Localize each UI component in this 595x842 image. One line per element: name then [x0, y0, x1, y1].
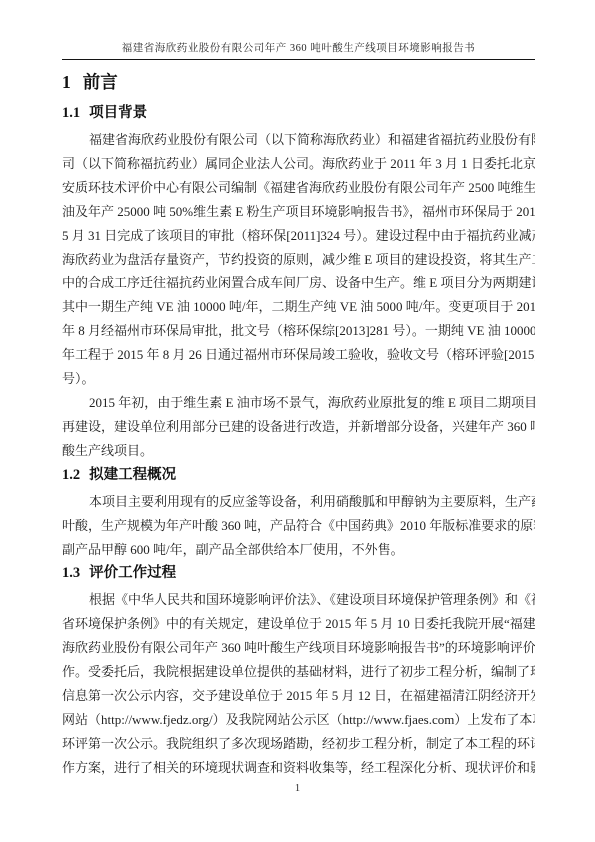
text-line: 再建设，建设单位利用部分已建的设备进行改造，并新增部分设备，兴建年产 360 吨… [62, 415, 535, 439]
section-title: 项目背景 [89, 105, 147, 121]
page-footer: 1 [0, 778, 595, 796]
text-line: 油及年产 25000 吨 50%维生素 E 粉生产项目环境影响报告书》，福州市环… [62, 200, 535, 224]
text-line: 司（以下简称福抗药业）属同企业法人公司。海欣药业于 2011 年 3 月 1 日… [62, 152, 535, 176]
chapter-heading: 1前言 [62, 70, 535, 94]
document-content: 1前言 1.1项目背景福建省海欣药业股份有限公司（以下简称海欣药业）和福建省福抗… [62, 64, 535, 780]
sections-container: 1.1项目背景福建省海欣药业股份有限公司（以下简称海欣药业）和福建省福抗药业股份… [62, 103, 535, 780]
text-line: 其中一期生产纯 VE 油 10000 吨/年，二期生产纯 VE 油 5000 吨… [62, 295, 535, 319]
text-line: 福建省海欣药业股份有限公司（以下简称海欣药业）和福建省福抗药业股份有限公 [62, 128, 535, 152]
section-number: 1.1 [62, 105, 80, 121]
text-line: 5 月 31 日完成了该项目的审批（榕环保[2011]324 号）。建设过程中由… [62, 224, 535, 248]
paragraph: 本项目主要利用现有的反应釜等设备，利用硝酸胍和甲醇钠为主要原料，生产药用叶酸，生… [62, 490, 535, 562]
report-page: 福建省海欣药业股份有限公司年产 360 吨叶酸生产线项目环境影响报告书 1前言 … [0, 0, 595, 842]
paragraph: 根据《中华人民共和国环境影响评价法》、《建设项目环境保护管理条例》和《福建省环境… [62, 588, 535, 779]
section-number: 1.3 [62, 565, 80, 581]
chapter-number: 1 [62, 72, 71, 92]
text-line: 省环境保护条例》中的有关规定，建设单位于 2015 年 5 月 10 日委托我院… [62, 612, 535, 636]
section-title: 拟建工程概况 [89, 467, 176, 483]
text-line: 中的合成工序迁往福抗药业闲置合成车间厂房、设备中生产。维 E 项目分为两期建设， [62, 271, 535, 295]
text-line: 副产品甲醇 600 吨/年，副产品全部供给本厂使用，不外售。 [62, 538, 535, 562]
paragraph: 福建省海欣药业股份有限公司（以下简称海欣药业）和福建省福抗药业股份有限公司（以下… [62, 128, 535, 391]
page-number: 1 [295, 783, 300, 794]
text-line: 酸生产线项目。 [62, 439, 535, 463]
text-line: 海欣药业为盘活存量资产，节约投资的原则，减少维 E 项目的建设投资，将其生产工艺 [62, 248, 535, 272]
text-line: 号）。 [62, 367, 535, 391]
section-number: 1.2 [62, 467, 80, 483]
text-line: 海欣药业股份有限公司年产 360 吨叶酸生产线项目环境影响报告书”的环境影响评价… [62, 636, 535, 660]
text-line: 根据《中华人民共和国环境影响评价法》、《建设项目环境保护管理条例》和《福建 [62, 588, 535, 612]
text-line: 网站（http://www.fjedz.org/）及我院网站公示区（http:/… [62, 708, 535, 732]
text-line: 2015 年初，由于维生素 E 油市场不景气，海欣药业原批复的维 E 项目二期项… [62, 391, 535, 415]
section-heading-1.1: 1.1项目背景 [62, 103, 535, 124]
text-line: 作。受委托后，我院根据建设单位提供的基础材料，进行了初步工程分析，编制了环评 [62, 660, 535, 684]
text-line: 安质环技术评价中心有限公司编制《福建省海欣药业股份有限公司年产 2500 吨维生… [62, 176, 535, 200]
section-heading-1.3: 1.3评价工作过程 [62, 563, 535, 584]
page-header: 福建省海欣药业股份有限公司年产 360 吨叶酸生产线项目环境影响报告书 [62, 0, 535, 60]
text-line: 本项目主要利用现有的反应釜等设备，利用硝酸胍和甲醇钠为主要原料，生产药用 [62, 490, 535, 514]
text-line: 环评第一次公示。我院组织了多次现场踏勘，经初步工程分析，制定了本工程的环评工 [62, 732, 535, 756]
text-line: 叶酸，生产规模为年产叶酸 360 吨，产品符合《中国药典》2010 年版标准要求… [62, 514, 535, 538]
running-header-title: 福建省海欣药业股份有限公司年产 360 吨叶酸生产线项目环境影响报告书 [62, 0, 535, 60]
text-line: 作方案，进行了相关的环境现状调查和资料收集等，经工程深化分析、现状评价和影响 [62, 756, 535, 780]
section-heading-1.2: 1.2拟建工程概况 [62, 465, 535, 486]
text-line: 年 8 月经福州市环保局审批，批文号（榕环保综[2013]281 号）。一期纯 … [62, 319, 535, 343]
chapter-title: 前言 [83, 72, 118, 92]
section-title: 评价工作过程 [89, 565, 176, 581]
text-line: 年工程于 2015 年 8 月 26 日通过福州市环保局竣工验收，验收文号（榕环… [62, 343, 535, 367]
text-line: 信息第一次公示内容，交予建设单位于 2015 年 5 月 12 日，在福建福清江… [62, 684, 535, 708]
paragraph: 2015 年初，由于维生素 E 油市场不景气，海欣药业原批复的维 E 项目二期项… [62, 391, 535, 463]
